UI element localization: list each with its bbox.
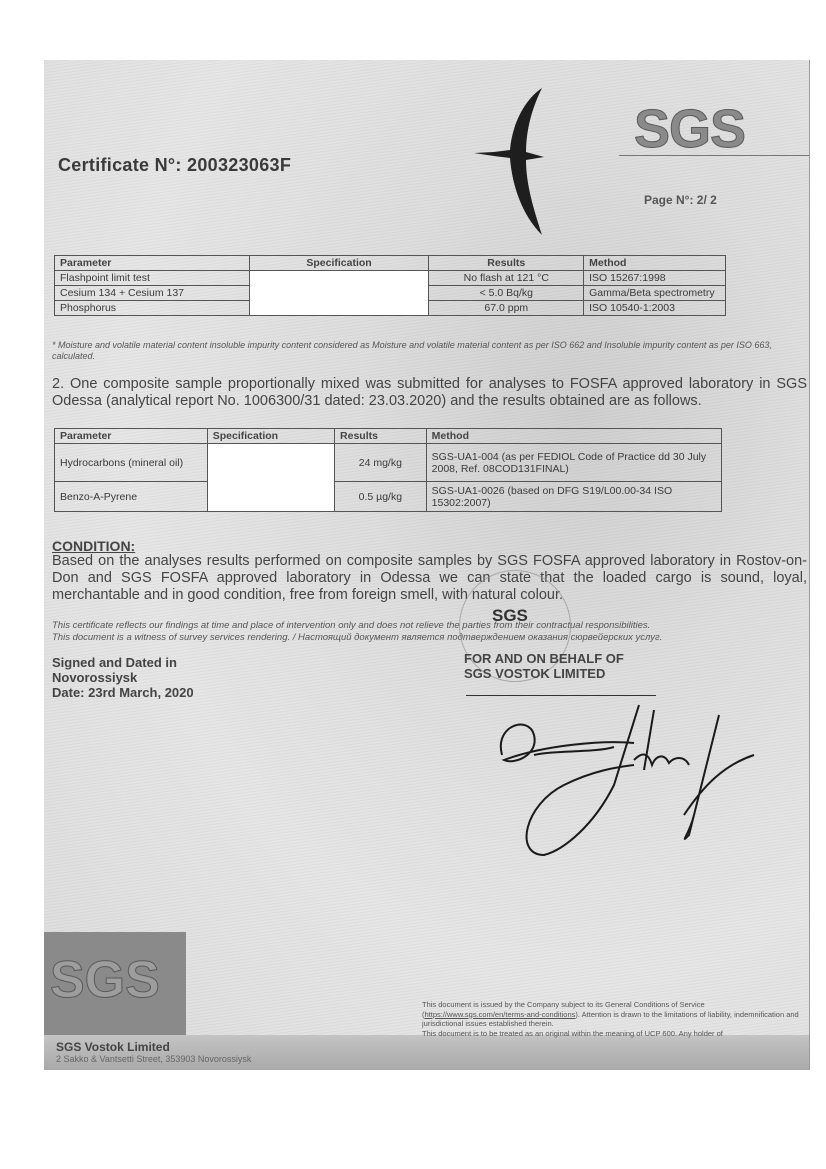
certificate-number: Certificate N°: 200323063F [58, 155, 291, 176]
header-specification: Specification [249, 256, 429, 271]
cell-parameter: Cesium 134 + Cesium 137 [55, 286, 250, 301]
condition-title: CONDITION: [52, 538, 135, 554]
cell-method: ISO 15267:1998 [584, 271, 726, 286]
cell-parameter: Benzo-A-Pyrene [55, 482, 208, 512]
stamp-text: SGS [492, 606, 528, 626]
table-row: Flashpoint limit test No flash at 121 °C… [55, 271, 726, 286]
bird-emblem-icon [464, 80, 564, 240]
cell-result: 0.5 µg/kg [335, 482, 427, 512]
section-2-text: 2. One composite sample proportionally m… [52, 376, 807, 410]
header-specification: Specification [207, 429, 334, 444]
signed-date: Date: 23rd March, 2020 [52, 685, 194, 700]
table-row: Hydrocarbons (mineral oil) 24 mg/kg SGS-… [55, 444, 722, 482]
page-number: Page N°: 2/ 2 [644, 193, 717, 207]
condition-text: Based on the analyses results performed … [52, 553, 807, 604]
handwritten-signature-icon [484, 695, 764, 865]
cell-specification-redacted [207, 444, 334, 512]
table-row: Benzo-A-Pyrene 0.5 µg/kg SGS-UA1-0026 (b… [55, 482, 722, 512]
cell-result: 24 mg/kg [335, 444, 427, 482]
sgs-logo: SGS [634, 98, 745, 160]
header-results: Results [335, 429, 427, 444]
legal-text-3: This document is to be treated as an ori… [422, 1029, 807, 1039]
disclaimer: This certificate reflects our findings a… [52, 620, 807, 643]
cell-result: 67.0 ppm [429, 301, 584, 316]
header-parameter: Parameter [55, 256, 250, 271]
footer-company: SGS Vostok Limited [56, 1040, 170, 1054]
behalf-block: FOR AND ON BEHALF OF SGS VOSTOK LIMITED [464, 651, 624, 681]
header-parameter: Parameter [55, 429, 208, 444]
signed-line-1: Signed and Dated in [52, 655, 194, 670]
signed-location: Novorossiysk [52, 670, 194, 685]
cell-specification-redacted [249, 271, 429, 316]
cell-method: Gamma/Beta spectrometry [584, 286, 726, 301]
footer-sgs-logo: SGS [50, 950, 160, 1010]
header-results: Results [429, 256, 584, 271]
footer-address: 2 Sakko & Vantsetti Street, 353903 Novor… [56, 1054, 251, 1064]
cell-parameter: Hydrocarbons (mineral oil) [55, 444, 208, 482]
behalf-company: SGS VOSTOK LIMITED [464, 666, 624, 681]
cell-method: SGS-UA1-004 (as per FEDIOL Code of Pract… [426, 444, 721, 482]
footer-legal-text: This document is issued by the Company s… [422, 1000, 807, 1038]
cell-method: ISO 10540-1:2003 [584, 301, 726, 316]
cell-result: No flash at 121 °C [429, 271, 584, 286]
cell-parameter: Flashpoint limit test [55, 271, 250, 286]
results-table-2: Parameter Specification Results Method H… [54, 428, 722, 512]
table-footnote: * Moisture and volatile material content… [52, 340, 802, 362]
terms-link[interactable]: https://www.sgs.com/en/terms-and-conditi… [425, 1010, 576, 1019]
behalf-line-1: FOR AND ON BEHALF OF [464, 651, 624, 666]
header-method: Method [426, 429, 721, 444]
table-header-row: Parameter Specification Results Method [55, 429, 722, 444]
cell-result: < 5.0 Bq/kg [429, 286, 584, 301]
disclaimer-bilingual: This document is a witness of survey ser… [52, 632, 807, 644]
signed-block: Signed and Dated in Novorossiysk Date: 2… [52, 655, 194, 700]
cell-parameter: Phosphorus [55, 301, 250, 316]
header-method: Method [584, 256, 726, 271]
table-header-row: Parameter Specification Results Method [55, 256, 726, 271]
cell-method: SGS-UA1-0026 (based on DFG S19/L00.00-34… [426, 482, 721, 512]
disclaimer-en: This certificate reflects our findings a… [52, 620, 807, 632]
results-table-1: Parameter Specification Results Method F… [54, 255, 726, 316]
logo-rule [619, 155, 809, 156]
certificate-page: Certificate N°: 200323063F SGS Page N°: … [44, 60, 810, 1070]
